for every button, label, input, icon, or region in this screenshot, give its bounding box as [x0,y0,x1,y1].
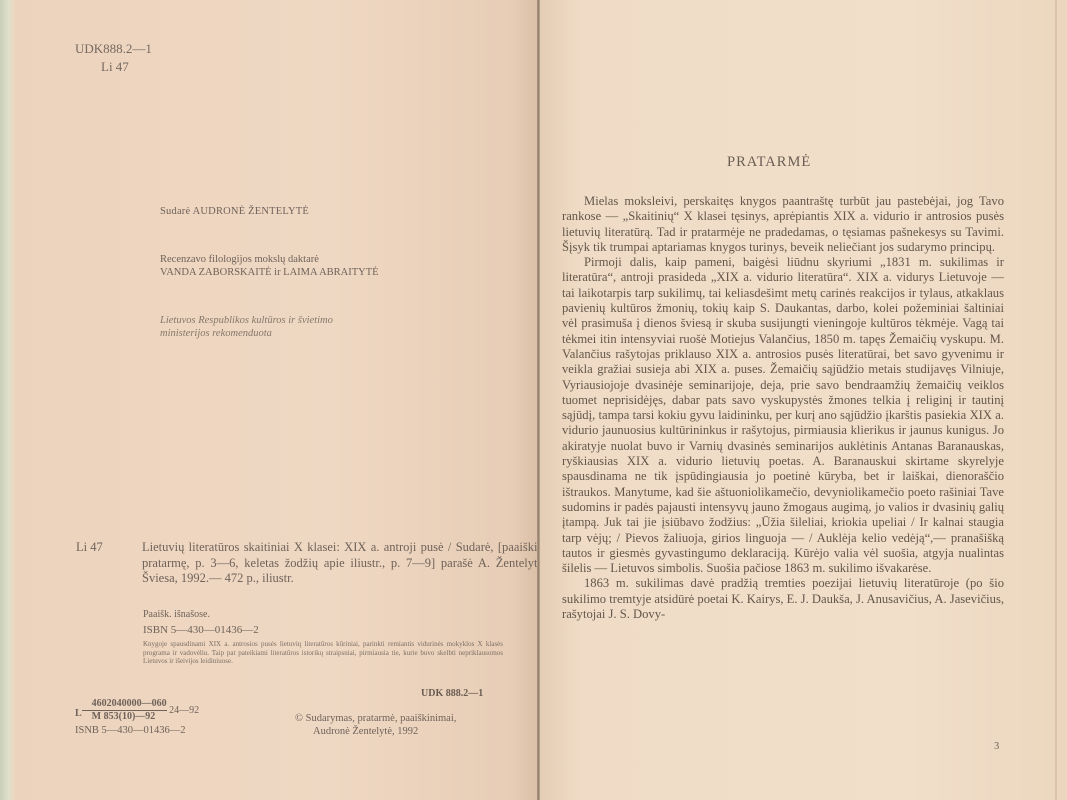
price-code-prefix: L [75,708,82,720]
reviewers-credit: Recenzavo filologijos mokslų daktarė VAN… [160,253,379,279]
catalog-description: Lietuvių literatūros skaitiniai X klasei… [142,540,580,587]
open-book-spread: UDK888.2—1 Li 47 Sudarė AUDRONĖ ŽENTELYT… [0,0,1067,800]
price-code-fraction: 4602040000—060 M 853(10)—92 [82,698,167,723]
udk-classification-top: UDK888.2—1 Li 47 [75,40,152,76]
preface-text: Mielas moksleivi, perskaitęs knygos paan… [562,194,1004,622]
copyright-notice: © Sudarymas, pratarmė, paaiškinimai, Aud… [295,713,456,738]
book-edge-left [0,0,14,800]
book-edge-right [1055,0,1057,800]
copyright-icon: © [295,713,303,724]
price-code-numerator: 4602040000—060 [82,698,167,711]
catalog-code: Li 47 [76,540,103,556]
page-number: 3 [994,741,999,752]
preface-paragraph-3: 1863 m. sukilimas davė pradžią tremties … [562,576,1004,622]
recommendation-line-1: Lietuvos Respublikos kultūros ir švietim… [160,314,333,327]
left-page [14,0,539,800]
compiler-credit: Sudarė AUDRONĖ ŽENTELYTĖ [160,206,309,217]
udk-classification-bottom: UDK 888.2—1 [421,688,483,699]
udk-code: UDK888.2—1 [75,40,152,58]
price-code-suffix: 24—92 [169,705,199,717]
copyright-line-1: Sudarymas, pratarmė, paaiškinimai, [306,713,457,724]
preface-paragraph-2: Pirmoji dalis, kaip pameni, baigėsi liūd… [562,255,1004,576]
reviewers-names: VANDA ZABORSKAITĖ ir LAIMA ABRAITYTĖ [160,266,379,279]
preface-heading: PRATARMĖ [727,154,811,171]
isbn-bottom: ISNB 5—430—01436—2 [75,725,186,736]
footnote-note: Paaišk. išnašose. [143,608,210,621]
copyright-line-2: Audronė Žentelytė, 1992 [295,726,456,739]
isbn: ISBN 5—430—01436—2 [143,624,259,636]
reviewers-label: Recenzavo filologijos mokslų daktarė [160,253,379,266]
ministry-recommendation: Lietuvos Respublikos kultūros ir švietim… [160,314,333,340]
recommendation-line-2: ministerijos rekomenduota [160,327,333,340]
preface-paragraph-1: Mielas moksleivi, perskaitęs knygos paan… [562,194,1004,255]
library-code: Li 47 [75,58,152,76]
price-code: L 4602040000—060 M 853(10)—92 24—92 [75,698,199,723]
price-code-denominator: M 853(10)—92 [82,711,167,723]
book-summary: Knygoje spausdinami XIX a. antrosios pus… [143,640,503,666]
